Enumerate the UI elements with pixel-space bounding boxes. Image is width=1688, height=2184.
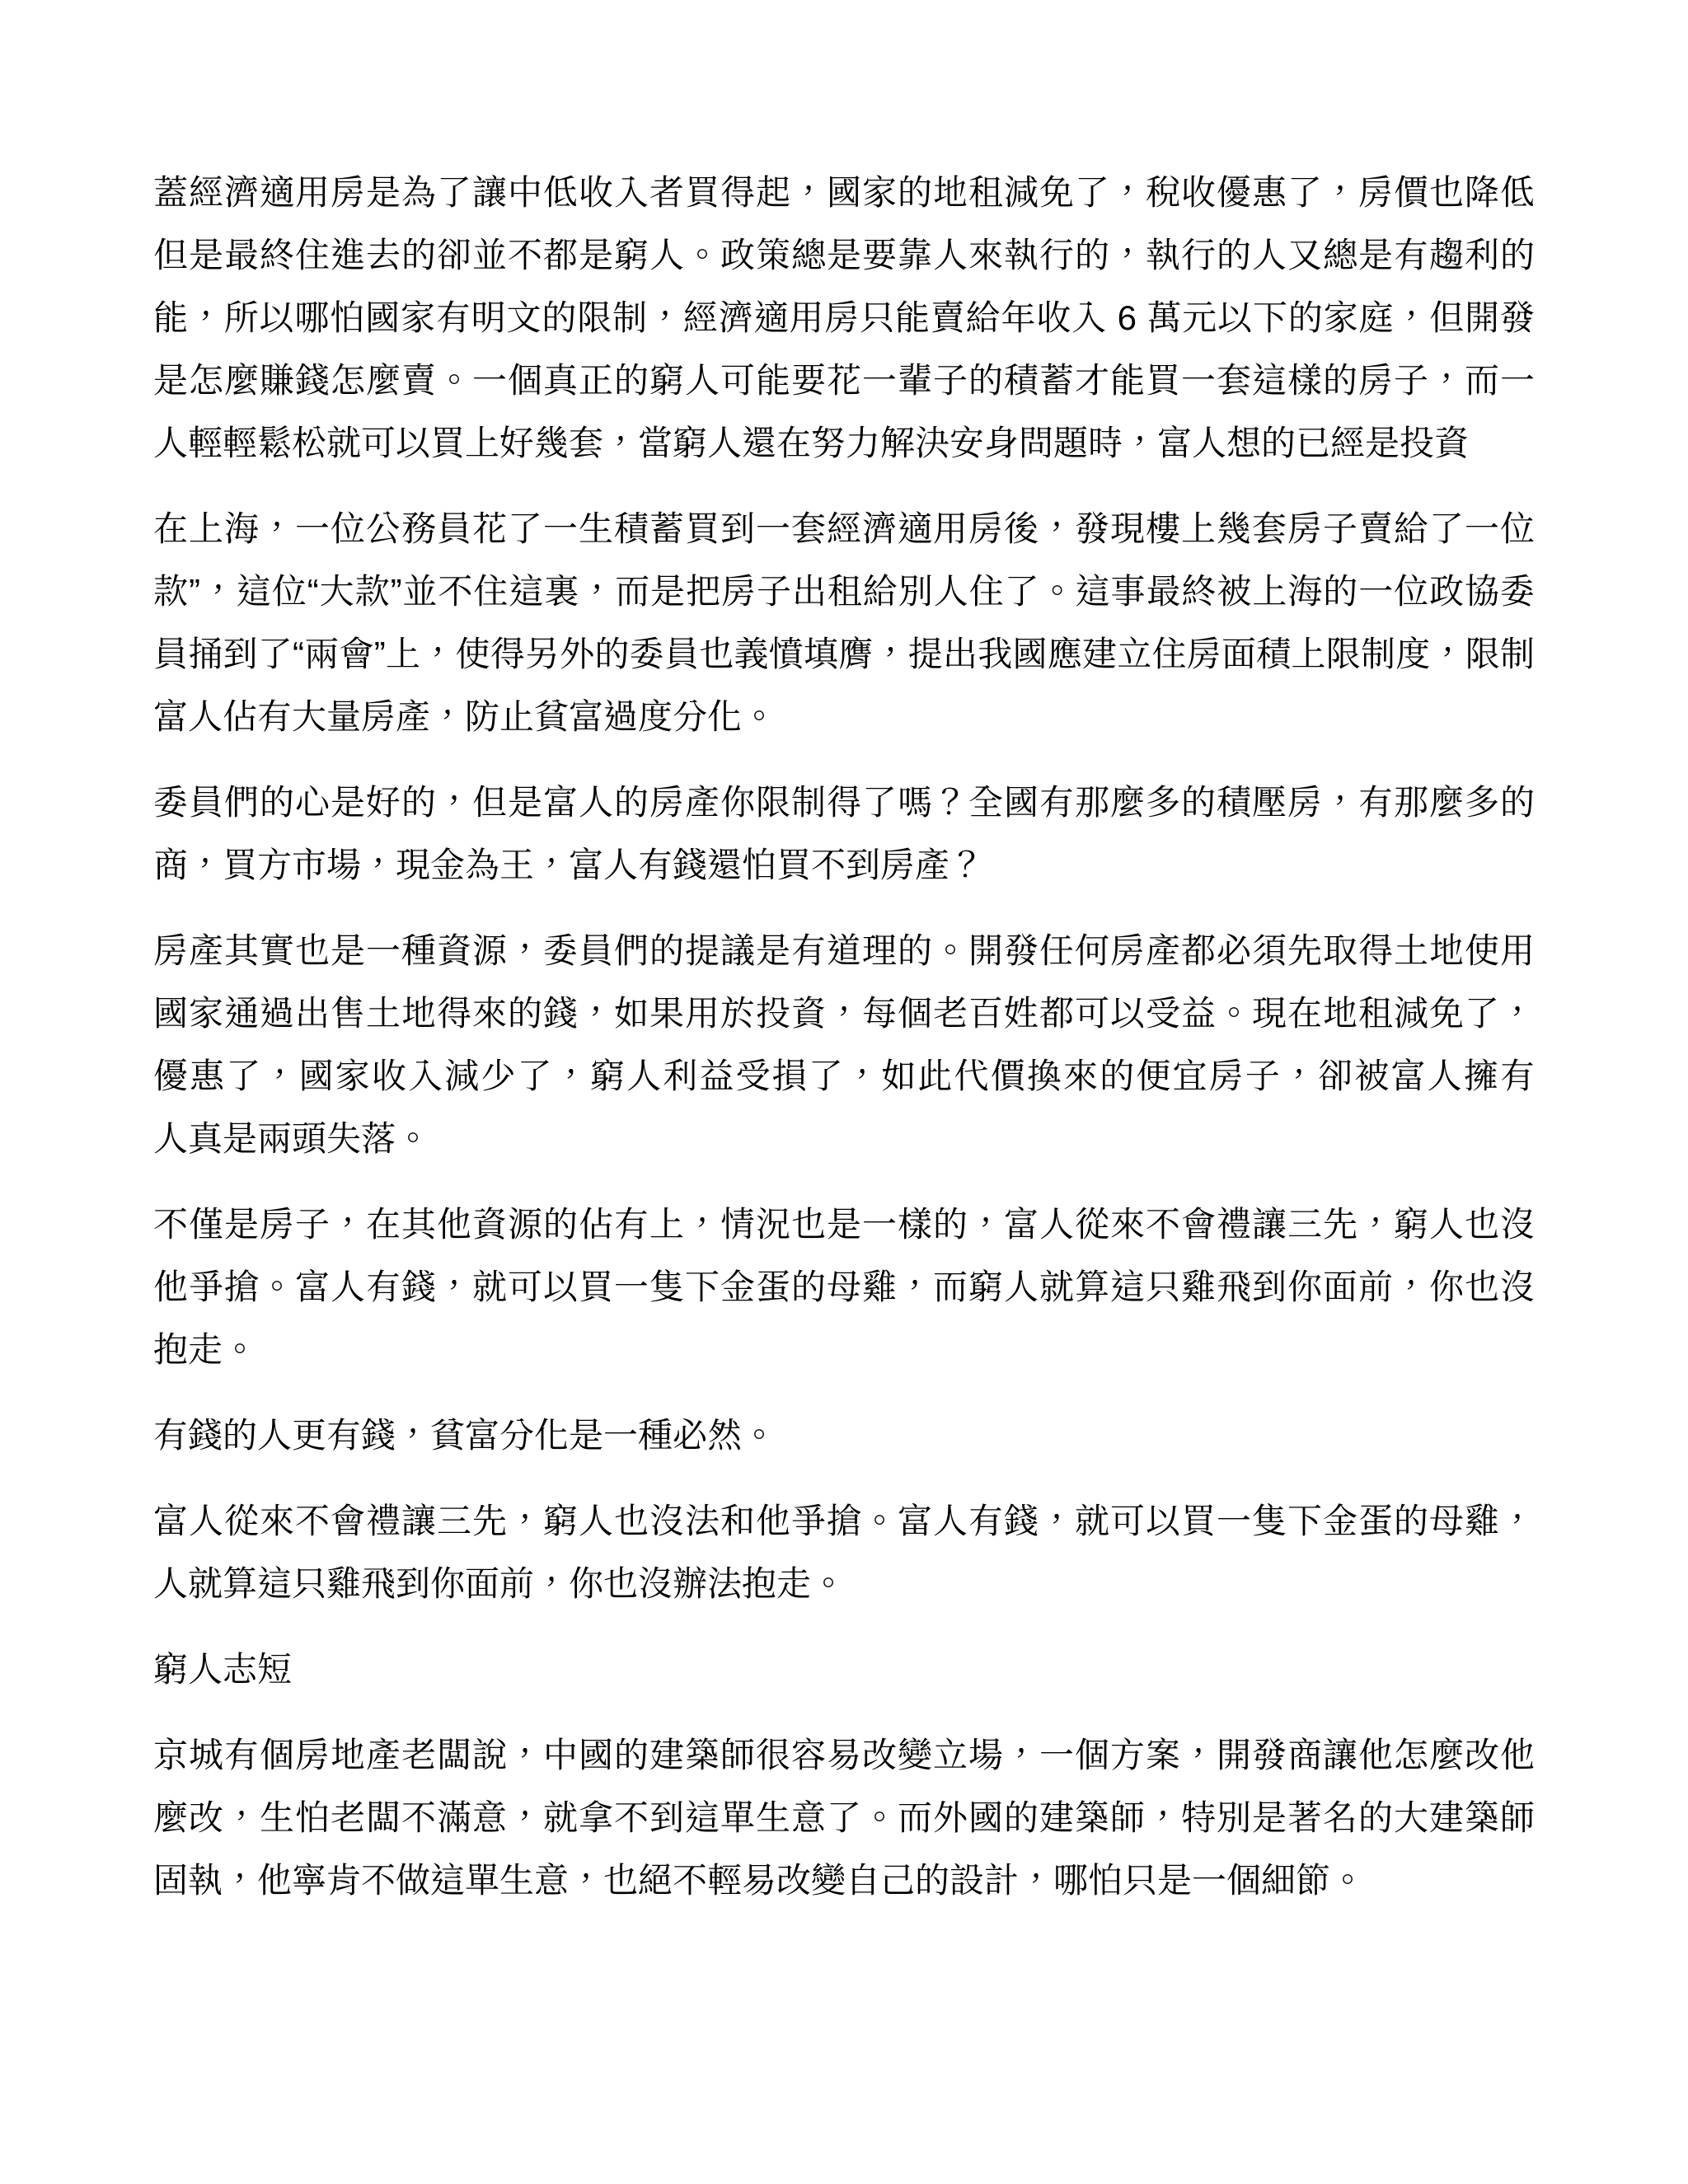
text-line: 富人佔有大量房產，防止貧富過度分化。 <box>153 686 1535 748</box>
text-line: 委員們的心是好的，但是富人的房產你限制得了嗎？全國有那麼多的積壓房，有那麼多的開… <box>153 771 1535 834</box>
paragraph: 不僅是房子，在其他資源的佔有上，情況也是一樣的，富人從來不會禮讓三先，窮人也沒法… <box>153 1193 1535 1381</box>
text-line: 商，買方市場，現金為王，富人有錢還怕買不到房產？ <box>153 834 1535 897</box>
paragraph: 在上海，一位公務員花了一生積蓄買到一套經濟適用房後，發現樓上幾套房子賣給了一位“… <box>153 498 1535 748</box>
text-line: 不僅是房子，在其他資源的佔有上，情況也是一樣的，富人從來不會禮讓三先，窮人也沒法… <box>153 1193 1535 1256</box>
text-line: 款”，這位“大款”並不住這裏，而是把房子出租給別人住了。這事最終被上海的一位政協… <box>153 560 1535 623</box>
text-line: 是怎麼賺錢怎麼賣。一個真正的窮人可能要花一輩子的積蓄才能買一套這樣的房子，而一個… <box>153 349 1535 412</box>
text-line: 窮人志短 <box>153 1638 1535 1701</box>
text-line: 能，所以哪怕國家有明文的限制，經濟適用房只能賣給年收入 6 萬元以下的家庭，但開… <box>153 287 1535 349</box>
text-line: 房產其實也是一種資源，委員們的提議是有道理的。開發任何房產都必須先取得土地使用權… <box>153 920 1535 982</box>
paragraph: 有錢的人更有錢，貧富分化是一種必然。 <box>153 1404 1535 1467</box>
text-line: 有錢的人更有錢，貧富分化是一種必然。 <box>153 1404 1535 1467</box>
text-line: 京城有個房地產老闆說，中國的建築師很容易改變立場，一個方案，開發商讓他怎麼改他就… <box>153 1724 1535 1787</box>
text-line: 富人從來不會禮讓三先，窮人也沒法和他爭搶。富人有錢，就可以買一隻下金蛋的母雞，而… <box>153 1490 1535 1553</box>
text-line: 固執，他寧肯不做這單生意，也絕不輕易改變自己的設計，哪怕只是一個細節。 <box>153 1849 1535 1912</box>
text-line: 但是最終住進去的卻並不都是窮人。政策總是要靠人來執行的，執行的人又總是有趨利的本 <box>153 224 1535 287</box>
paragraph: 富人從來不會禮讓三先，窮人也沒法和他爭搶。富人有錢，就可以買一隻下金蛋的母雞，而… <box>153 1490 1535 1615</box>
text-line: 在上海，一位公務員花了一生積蓄買到一套經濟適用房後，發現樓上幾套房子賣給了一位“… <box>153 498 1535 560</box>
text-line: 麼改，生怕老闆不滿意，就拿不到這單生意了。而外國的建築師，特別是著名的大建築師卻… <box>153 1787 1535 1849</box>
paragraph: 京城有個房地產老闆說，中國的建築師很容易改變立場，一個方案，開發商讓他怎麼改他就… <box>153 1724 1535 1912</box>
text-line: 抱走。 <box>153 1319 1535 1381</box>
text-line: 人就算這只雞飛到你面前，你也沒辦法抱走。 <box>153 1553 1535 1615</box>
text-line: 蓋經濟適用房是為了讓中低收入者買得起，國家的地租減免了，稅收優惠了，房價也降低了… <box>153 162 1535 224</box>
paragraph: 房產其實也是一種資源，委員們的提議是有道理的。開發任何房產都必須先取得土地使用權… <box>153 920 1535 1170</box>
document-content: 蓋經濟適用房是為了讓中低收入者買得起，國家的地租減免了，稅收優惠了，房價也降低了… <box>0 0 1688 1912</box>
text-line: 員捅到了“兩會”上，使得另外的委員也義憤填膺，提出我國應建立住房面積上限制度，限… <box>153 623 1535 686</box>
text-line: 人真是兩頭失落。 <box>153 1108 1535 1170</box>
document-page: 蓋經濟適用房是為了讓中低收入者買得起，國家的地租減免了，稅收優惠了，房價也降低了… <box>0 0 1688 2184</box>
paragraph: 窮人志短 <box>153 1638 1535 1701</box>
paragraph: 蓋經濟適用房是為了讓中低收入者買得起，國家的地租減免了，稅收優惠了，房價也降低了… <box>153 162 1535 475</box>
paragraph: 委員們的心是好的，但是富人的房產你限制得了嗎？全國有那麼多的積壓房，有那麼多的開… <box>153 771 1535 897</box>
text-line: 人輕輕鬆松就可以買上好幾套，當窮人還在努力解決安身問題時，富人想的已經是投資了。 <box>153 412 1535 475</box>
text-line: 優惠了，國家收入減少了，窮人利益受損了，如此代價換來的便宜房子，卻被富人擁有了，… <box>153 1045 1535 1108</box>
text-line: 國家通過出售土地得來的錢，如果用於投資，每個老百姓都可以受益。現在地租減免了，稅… <box>153 982 1535 1045</box>
text-line: 他爭搶。富人有錢，就可以買一隻下金蛋的母雞，而窮人就算這只雞飛到你面前，你也沒辦… <box>153 1256 1535 1319</box>
